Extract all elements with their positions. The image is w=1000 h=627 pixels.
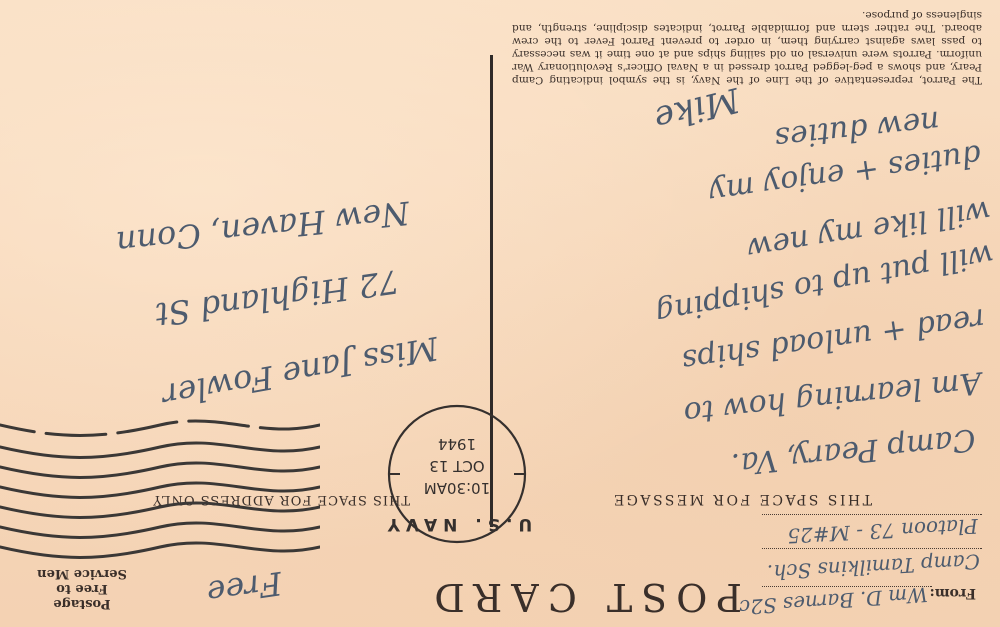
card-title: POST CARD [425, 575, 742, 619]
message-line: Camp Peary, Va. [730, 421, 978, 481]
svg-text:U.S. NAVY: U.S. NAVY [382, 514, 533, 534]
from-dotted-line [762, 548, 982, 549]
free-franking-mark: Free [204, 564, 284, 612]
postage-free-note: Postage Free to Service Men [32, 566, 132, 611]
postmark-circle-icon: U.S. NAVY 10:30AM OCT 13 1944 [382, 399, 532, 549]
navy-postmark: U.S. NAVY 10:30AM OCT 13 1944 [382, 399, 532, 549]
message-line: Am learning how to [682, 364, 983, 430]
parrot-emblem-description: The Parrot, representative of the Line o… [512, 8, 982, 86]
address-line-city: New Haven, Conn [114, 194, 411, 263]
sender-platoon: Platoon 73 - M#25 [787, 514, 979, 548]
sender-name: Wm D. Barnes S2c [738, 582, 928, 619]
postcard-upright-layer: From: Wm D. Barnes S2c Camp Tamilkins Sc… [0, 0, 1000, 627]
postcard-back: From: Wm D. Barnes S2c Camp Tamilkins Sc… [0, 0, 1000, 627]
message-space-header: THIS SPACE FOR MESSAGE [611, 491, 872, 507]
from-label: From: [930, 585, 976, 601]
postage-note-line: Free to [32, 581, 132, 596]
address-line-street: 72 Highland St [153, 262, 401, 334]
signature: Mike [650, 79, 744, 139]
postage-note-line: Postage [32, 596, 132, 611]
sender-unit: Camp Tamilkins Sch. [767, 549, 981, 584]
svg-text:OCT 13: OCT 13 [429, 457, 484, 475]
svg-text:1944: 1944 [438, 435, 476, 453]
svg-text:10:30AM: 10:30AM [424, 479, 490, 497]
wavy-cancellation-lines [0, 401, 320, 561]
postage-note-line: Service Men [32, 566, 132, 581]
